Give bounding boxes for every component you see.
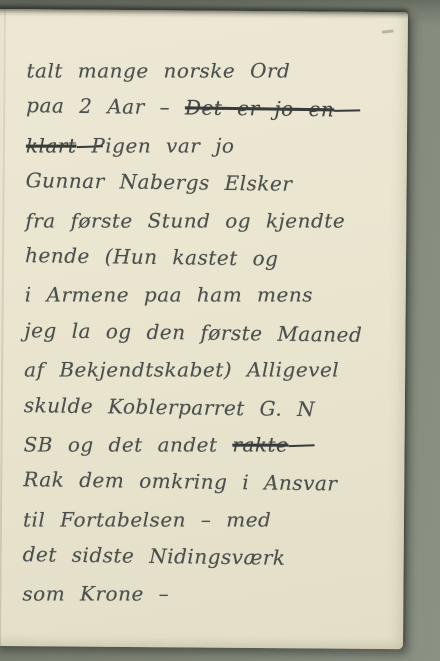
handwritten-line: klart Pigen var jo: [26, 127, 391, 164]
text-segment: skulde Koblerparret G. N: [24, 393, 316, 421]
handwritten-line: skulde Koblerparret G. N: [24, 387, 389, 429]
text-segment: SB og det andet: [24, 433, 233, 457]
text-segment: Rak dem omkring i Ansvar: [23, 467, 337, 495]
handwritten-line: hende (Hun kastet og: [25, 237, 390, 279]
struck-out-text: Det er jo en: [185, 96, 335, 122]
text-segment: til Fortabelsen – med: [23, 507, 271, 531]
handwritten-line: til Fortabelsen – med: [23, 501, 388, 538]
text-segment: Pigen var jo: [76, 133, 234, 157]
handwritten-line: i Armene paa ham mens: [25, 277, 390, 314]
handwritten-line: Gunnar Nabergs Elsker: [25, 162, 390, 204]
handwritten-text: talt mange norske Ordpaa 2 Aar – Det er …: [22, 51, 391, 615]
struck-out-text: klart: [26, 133, 77, 157]
paper-crease: [0, 9, 6, 646]
text-segment: fra første Stund og kjendte: [25, 208, 345, 232]
handwritten-line: talt mange norske Ord: [27, 53, 392, 90]
handwritten-line: af Bekjendtskabet) Alligevel: [24, 352, 389, 389]
handwritten-line: fra første Stund og kjendte: [25, 202, 390, 239]
text-segment: Gunnar Nabergs Elsker: [25, 168, 292, 196]
smudge-mark: [382, 29, 394, 34]
text-segment: talt mange norske Ord: [27, 59, 291, 83]
handwritten-line: som Krone –: [22, 576, 387, 613]
photo-background: talt mange norske Ordpaa 2 Aar – Det er …: [0, 0, 440, 661]
text-segment: paa 2 Aar –: [26, 94, 185, 120]
manuscript-page: talt mange norske Ordpaa 2 Aar – Det er …: [0, 9, 408, 649]
handwritten-line: Rak dem omkring i Ansvar: [23, 461, 388, 503]
text-segment: af Bekjendtskabet) Alligevel: [24, 358, 339, 382]
text-segment: det sidste Nidingsværk: [23, 542, 286, 570]
handwritten-line: paa 2 Aar – Det er jo en: [26, 88, 391, 130]
text-segment: i Armene paa ham mens: [25, 283, 313, 307]
text-segment: som Krone –: [22, 582, 169, 606]
handwritten-line: jeg la og den første Maaned: [24, 312, 389, 354]
paper-top-edge-shadow: [0, 9, 408, 19]
handwritten-line: det sidste Nidingsværk: [22, 536, 387, 578]
struck-out-text: rakte: [232, 433, 288, 457]
text-segment: hende (Hun kastet og: [25, 243, 279, 271]
text-segment: jeg la og den første Maaned: [24, 318, 362, 347]
handwritten-line: SB og det andet rakte: [24, 427, 389, 464]
